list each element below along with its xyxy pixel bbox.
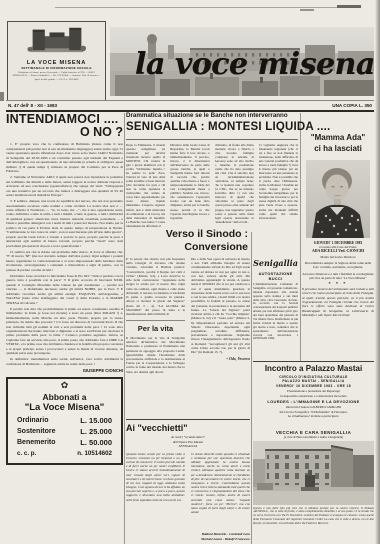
tier-label: Ordinario xyxy=(17,416,49,427)
subscribe-title-line1: Abbonati a xyxy=(13,392,116,402)
rule xyxy=(126,139,298,140)
sinodo-text: E' la parola che ritorna con più frequen… xyxy=(126,257,185,316)
brief-body: L'Amministrazione Comunale di Senigallia… xyxy=(253,283,298,341)
montesi-body-columns: Dopo la Emmezeta, il mondo operaio senig… xyxy=(126,143,298,227)
montesi-headline: SENIGALLIA : MONTESI LIQUIDA .... xyxy=(126,121,330,133)
montesi-column: Dopo la Emmezeta, il mondo operaio senig… xyxy=(126,143,165,227)
vecchietti-signatures: Baldoni Maurizio - Cardaioli Lara Marian… xyxy=(126,532,250,542)
tier-price: L. 15.000 xyxy=(80,416,112,427)
scan-artifact-mark xyxy=(337,5,361,8)
per-la-vita-body: Il Movimento per la vita di Senigallia a… xyxy=(126,336,185,374)
paragraph: In definitiva: intendiamoci sulla verità… xyxy=(6,357,123,366)
mastai-invite-line: La cittadinanza è invitata a partecipare… xyxy=(253,414,374,419)
brief-autostazione: Senigallia AUTOSTAZIONE BUCCI L'Amminist… xyxy=(253,258,298,341)
paragraph: 3. E sembra, dunque, una teoria da equil… xyxy=(6,199,123,248)
vecchietti-column: Ci siamo divertiti molto quando ci chiam… xyxy=(191,452,250,530)
ada-caption-line: Madre del nostro Direttore xyxy=(302,255,374,259)
dateline-row: N. 47 dell' 8 - XII - 1983 UNA COPIA L. … xyxy=(6,100,374,112)
sinodo-text: Dio e della Sua opera di salvezza in mez… xyxy=(191,257,250,354)
notice-palazzo-mastai: Incontro a Palazzo Mastai CIRCOLO D'INIZ… xyxy=(253,361,374,419)
paragraph: E perché non dire che probabilmente il p… xyxy=(6,307,123,356)
sinodo-title-line2: Conversione xyxy=(126,241,248,254)
ada-paragraph: Al nostro Direttore e a tutti i familiar… xyxy=(302,272,374,281)
palazzo-ruspoli-photo xyxy=(253,441,374,505)
brief-title: AUTOSTAZIONE BUCCI xyxy=(253,271,298,281)
newspaper-page: LA VOCE MISENA SETTIMANALE DI INFORMAZIO… xyxy=(0,0,380,544)
paragraph: 2. Veniamo al Notiziario ARCI il quale n… xyxy=(6,175,123,197)
column-rule xyxy=(251,232,252,544)
per-la-vita-title: Per la vita xyxy=(126,320,185,334)
column-rule xyxy=(300,113,301,361)
tier-label: Benemerito xyxy=(17,438,56,449)
vecchietti-subtitle: Ai nostri "Grandi Amici" dell'Opera Pia … xyxy=(126,435,250,449)
ada-family-note: Il prossimo numero del settimanale sarà … xyxy=(302,287,374,317)
masthead-script-title: la voce misena xyxy=(132,47,378,82)
issue-number: N. 47 dell' 8 - XII - 1983 xyxy=(8,103,57,108)
subscription-tier: Benemerito L. 50.000 xyxy=(13,438,116,449)
montesi-column: Direttore della locale Cassa di Risparmi… xyxy=(170,143,209,227)
sinodo-column-2: Dio e della Sua opera di salvezza in mez… xyxy=(191,257,250,374)
article-mamma-ada: "Mamma Ada" ci ha lasciati xyxy=(302,113,374,317)
section-stars: * * * xyxy=(302,281,374,286)
masthead-logo-box: LA VOCE MISENA SETTIMANALE DI INFORMAZIO… xyxy=(7,21,106,101)
castle-logo-icon xyxy=(25,24,89,54)
account-label: c. c. p. xyxy=(17,450,36,457)
intendiamoci-body: 1. E' proprio vero che la confusione di … xyxy=(6,142,123,366)
flower-ornament-icon: ✿ xyxy=(13,382,116,391)
scan-artifact-line xyxy=(55,7,337,8)
intendiamoci-title-line2: O NO ? xyxy=(6,126,123,139)
vecchietti-column: Quando siamo venuti per la prima volta a… xyxy=(126,452,185,530)
paragraph: Ci sembra poi che si ridano sul problema… xyxy=(6,250,123,272)
mastai-title: Incontro a Palazzo Mastai xyxy=(253,364,374,373)
ada-title-line1: "Mamma Ada" xyxy=(302,133,374,144)
montesi-column: Oltretutto, di fronte alla diaria anomal… xyxy=(215,143,254,227)
signature-line: Mariani Laura - Ridolfi Francesco xyxy=(126,537,250,542)
montesi-column: Ci vogliamo augurare che la finanziaria … xyxy=(259,143,298,227)
feature-vecchia-senigallia: VECCHIA E CARA SENIGALLIA (a cura di Nin… xyxy=(253,430,374,526)
sinodo-column-1: E' la parola che ritorna con più frequen… xyxy=(126,257,185,374)
column-rule xyxy=(124,113,125,544)
ada-name-line: ADA BICELLI Ved. CIONCHI xyxy=(302,249,374,255)
postal-account-row: c. c. p. n. 10514602 xyxy=(13,449,116,457)
ada-title-line2: ci ha lasciati xyxy=(302,144,374,155)
sinodo-body-columns: E' la parola che ritorna con più frequen… xyxy=(126,257,250,374)
tier-price: L. 50.000 xyxy=(80,438,112,449)
tier-price: L. 25.000 xyxy=(80,427,112,438)
article-intendiamoci: INTENDIAMOCI .... O NO ? 1. E' proprio v… xyxy=(6,113,123,465)
subscribe-title-line2: "La Voce Misena" xyxy=(13,402,116,413)
author-signature: GIUSEPPE CIONCHI xyxy=(6,368,123,373)
vecchietti-title: Ai "vecchietti" xyxy=(126,423,250,433)
logo-subtitle: SETTIMANALE DI INFORMAZIONE SOCIALE xyxy=(8,66,105,70)
sinodo-title: Verso il Sinodo : Conversione xyxy=(126,228,248,253)
subscription-box: ✿ Abbonati a "La Voce Misena" Ordinario … xyxy=(6,377,123,465)
palazzo-photo-caption: Questa è una delle foto più rare che si … xyxy=(253,507,374,527)
article-ai-vecchietti: Ai "vecchietti" Ai nostri "Grandi Amici"… xyxy=(126,419,250,541)
subscription-tier: Sostenitore L. 25.000 xyxy=(13,427,116,438)
subscription-tier: Ordinario L. 15.000 xyxy=(13,416,116,427)
paragraph: 1. E' proprio vero che la confusione di … xyxy=(6,142,123,173)
scan-artifact-mark xyxy=(300,9,314,11)
bishop-signature: + Odo, Vescovo xyxy=(191,357,250,362)
sinodo-title-line1: Verso il Sinodo : xyxy=(126,228,248,241)
vecchietti-body-columns: Quando siamo venuti per la prima volta a… xyxy=(126,452,250,530)
paragraph: Dobbiamo forse ricordare la felicissima … xyxy=(6,274,123,305)
scan-artifact-mark xyxy=(0,92,4,101)
subtitle-line: SENIGALLIA xyxy=(126,444,250,449)
vecchia-subtitle: (a cura di Nino Girolimetti e Adrio Casa… xyxy=(253,435,374,439)
mamma-ada-portrait-photo xyxy=(306,160,370,238)
logo-address: Redazione ed Amm.: presso Vescovado — Pu… xyxy=(8,70,105,81)
account-number: n. 10514602 xyxy=(77,450,112,457)
ada-paragraph: Ricordiamola sempre: la Signora ADA come… xyxy=(302,261,374,270)
brief-place-heading: Senigallia xyxy=(253,258,298,268)
copy-price: UNA COPIA L. 350 xyxy=(332,103,372,108)
tier-label: Sostenitore xyxy=(17,427,56,438)
